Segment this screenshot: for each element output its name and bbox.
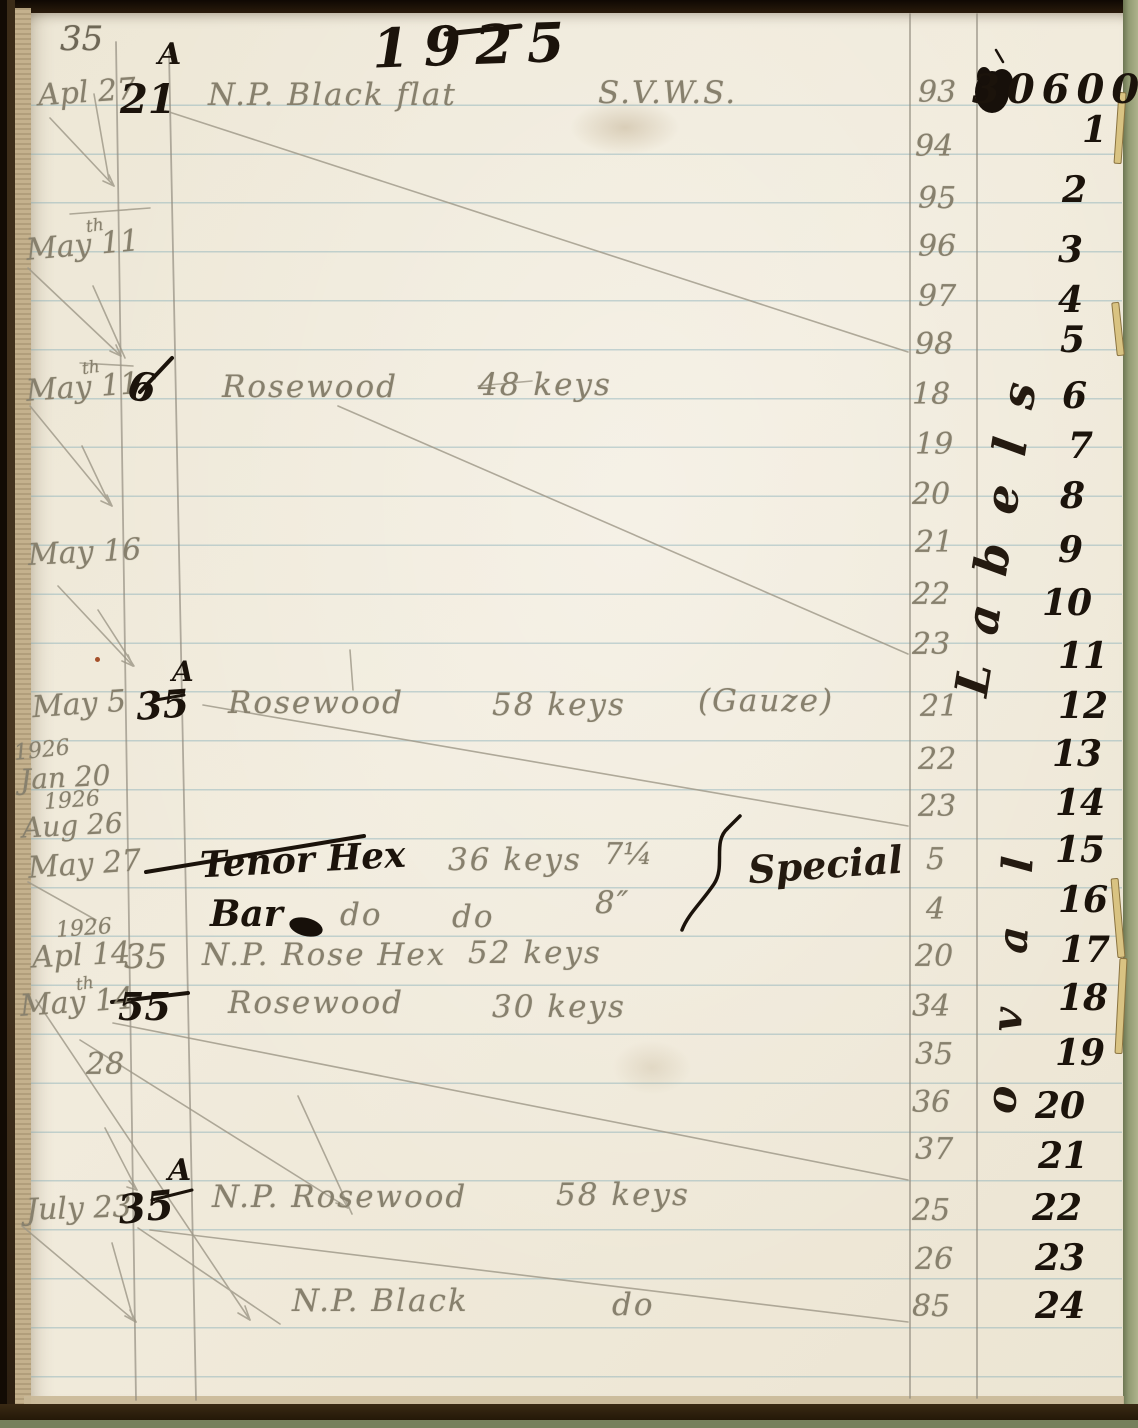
serial-number: 8 [1060,478,1085,514]
serial-number: 16 [1058,882,1108,918]
entry-text: Rosewood [228,988,404,1019]
batch-number: 35 [915,1040,953,1070]
serial-number: 19 [1055,1035,1105,1071]
qty-value: 35 [135,684,190,726]
serial-number: 20 [1035,1088,1085,1124]
entry-text: (Gauze) [698,686,834,717]
serial-number: 17 [1060,932,1110,968]
margin-date: May 27 [27,846,142,884]
margin-date: Aug 26 [21,809,123,842]
batch-number: 97 [918,282,956,312]
batch-number: 36 [912,1088,950,1118]
margin-date: 28 [86,1050,124,1080]
batch-number: 5 [926,845,945,875]
entry-text: N.P. Rosewood [212,1182,467,1213]
serial-number: 2 [1062,172,1087,208]
batch-number: 25 [912,1196,950,1226]
qty-mark: A [168,1156,191,1186]
batch-number: 18 [912,380,950,410]
serial-number: 21 [1038,1138,1088,1174]
entry-text: N.P. Rose Hex [202,940,446,971]
qty-mark: A [172,658,194,686]
entry-text: 8″ [595,888,630,919]
entry-text: N.P. Black [292,1286,469,1317]
batch-number: 98 [915,330,953,360]
batch-number: 37 [915,1135,953,1165]
serial-number: 6 [1062,378,1087,414]
column-a-heading: A [158,40,181,70]
ledger-page-scan: 35 1925 A Apl 27 May 11 th May 11 th May… [0,0,1138,1428]
vertical-note-oval: oval [980,801,1044,1115]
serial-number: 14 [1055,785,1105,821]
serial-number: 3 [1058,232,1083,268]
date-mark: th [85,217,105,236]
serial-number: 5 [1060,322,1085,358]
serial-number: 11 [1058,638,1108,674]
batch-number: 96 [918,232,956,262]
entry-text: 58 keys [492,690,626,721]
serial-number: 13 [1052,736,1102,772]
batch-number: 4 [926,895,945,925]
entry-text: do [452,902,495,933]
date-mark: th [81,359,101,378]
batch-number: 19 [915,430,953,460]
qty-value: 21 [120,80,176,120]
entry-text: 30 keys [492,992,626,1023]
entry-text: 48 keys [478,370,612,401]
serial-number: 12 [1058,688,1108,724]
page-number: 35 [60,22,103,56]
serial-number: 9 [1058,532,1083,568]
entry-text: Rosewood [228,688,404,719]
date-mark: th [75,975,95,994]
entry-text: 58 keys [556,1180,690,1211]
entry-text: 7¼ [604,840,652,870]
entry-text: Bar [210,896,283,932]
entry-text: 52 keys [468,938,602,969]
special-note: Special [747,841,904,890]
entry-text: N.P. Black flat [208,80,457,111]
serial-number: 22 [1032,1190,1082,1226]
entry-text: S.V.W.S. [598,78,737,109]
batch-number: 21 [915,528,953,558]
entry-text: Rosewood [222,372,398,403]
qty-value: 35 [124,940,167,974]
batch-number: 22 [918,745,956,775]
entry-text: do [340,900,383,931]
batch-number: 26 [915,1245,953,1275]
serial-number: 23 [1035,1240,1085,1276]
serial-number: 24 [1035,1288,1085,1324]
batch-number: 20 [915,942,953,972]
serial-number: 10 [1042,585,1092,621]
qty-value: 6 [125,366,158,409]
batch-number: 21 [920,692,958,722]
qty-value: 55 [118,988,171,1026]
serial-number: 4 [1058,282,1083,318]
serial-number: 15 [1055,832,1105,868]
batch-number: 93 [918,78,956,108]
batch-number: 20 [912,480,950,510]
batch-number: 95 [918,184,956,214]
entry-text: do [612,1290,655,1321]
batch-number: 23 [912,630,950,660]
margin-date: May 5 [31,687,127,723]
batch-number: 85 [912,1292,950,1322]
vertical-note-labels: Labels [948,349,1048,699]
batch-number: 94 [915,132,953,162]
entry-text: Tenor Hex [199,837,406,884]
batch-number: 34 [912,992,950,1022]
batch-number: 23 [918,792,956,822]
qty-value: 35 [116,1185,176,1231]
serial-number: 1 [1082,112,1107,148]
margin-date: Apl 14 [31,938,131,973]
batch-number: 22 [912,580,950,610]
entry-text: 36 keys [448,845,582,876]
margin-date: May 11 [25,226,140,266]
serial-total: 30600 [972,70,1138,110]
serial-number: 7 [1068,428,1093,464]
margin-date: May 16 [27,535,142,571]
year-heading: 1925 [371,14,579,75]
serial-number: 18 [1058,980,1108,1016]
